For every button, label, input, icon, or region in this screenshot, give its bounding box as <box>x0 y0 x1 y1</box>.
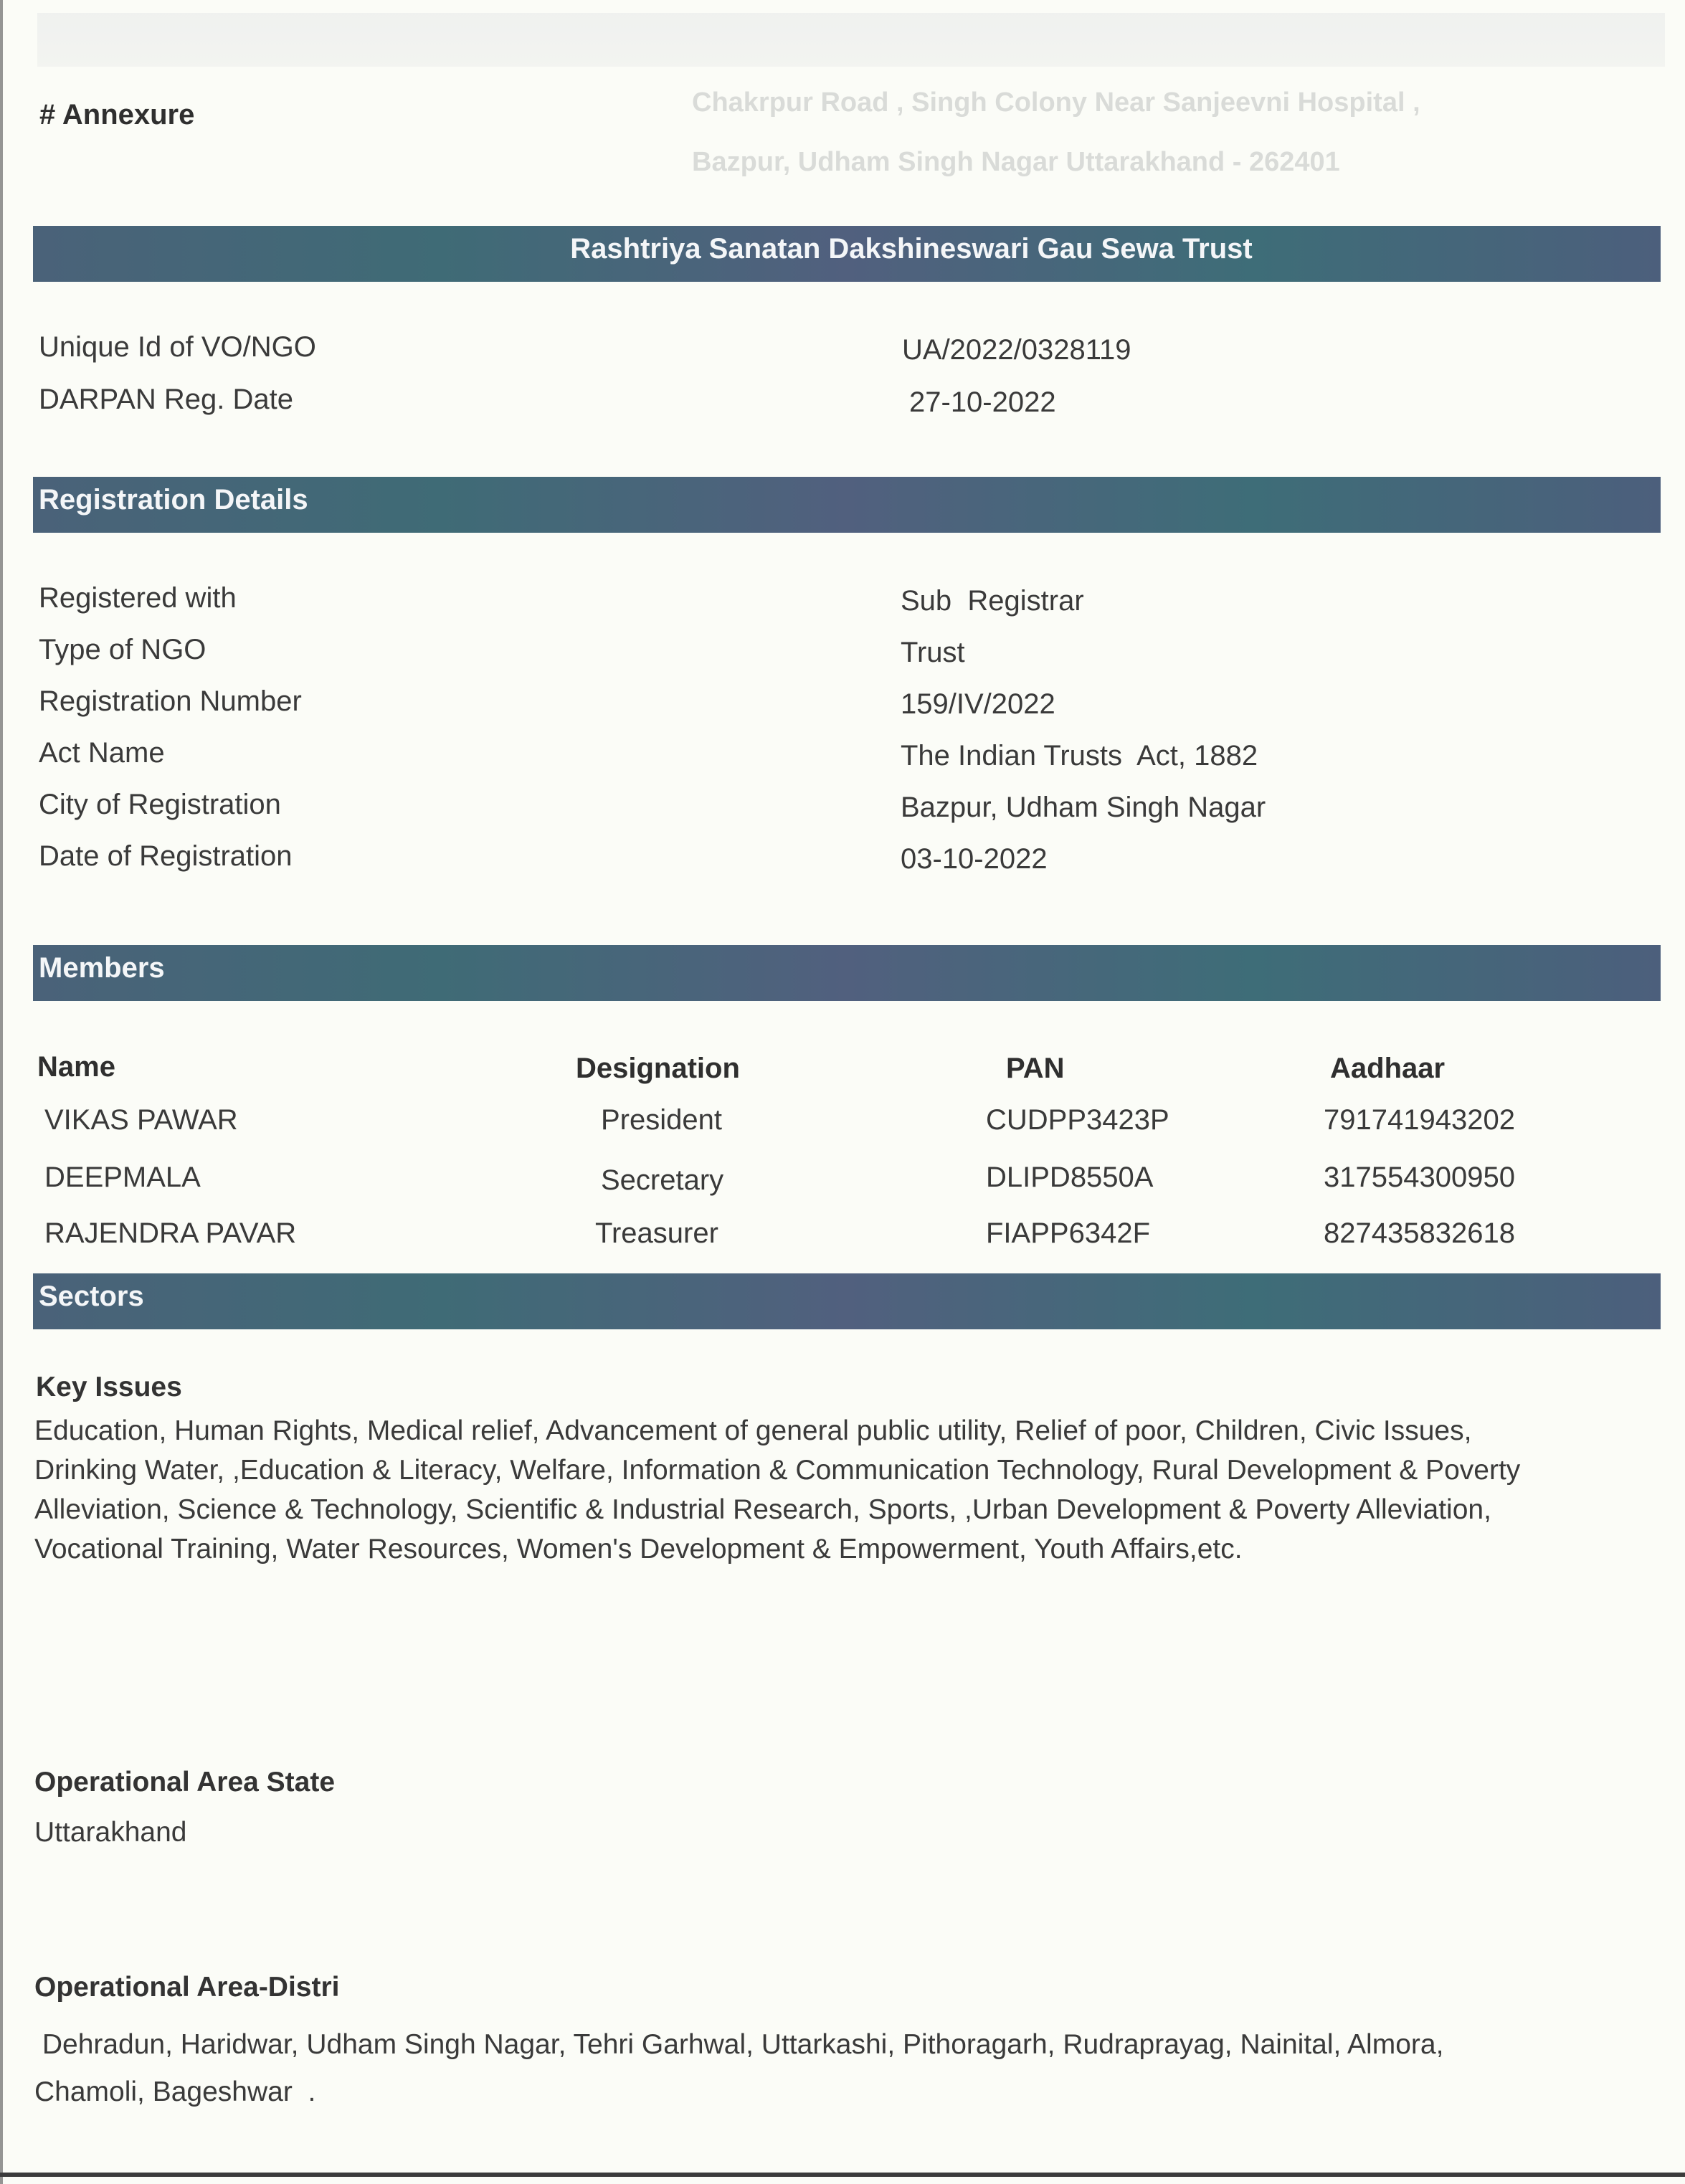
member-pan: DLIPD8550A <box>986 1162 1153 1194</box>
darpan-date-label: DARPAN Reg. Date <box>39 384 293 416</box>
operational-district-line: Chamoli, Bageshwar . <box>34 2076 315 2108</box>
registration-field-value: The Indian Trusts Act, 1882 <box>901 740 1258 772</box>
member-aadhaar: 317554300950 <box>1324 1162 1515 1194</box>
registration-field-label: Registered with <box>39 582 237 614</box>
column-header-designation: Designation <box>576 1053 740 1085</box>
column-header-pan: PAN <box>1006 1053 1064 1085</box>
registration-field-label: Act Name <box>39 737 165 769</box>
member-name: DEEPMALA <box>44 1162 201 1194</box>
darpan-date-value: 27-10-2022 <box>909 386 1056 419</box>
key-issues-line: Alleviation, Science & Technology, Scien… <box>34 1490 1669 1529</box>
member-designation: Treasurer <box>595 1217 718 1250</box>
operational-state-value: Uttarakhand <box>34 1817 186 1848</box>
scan-bottom-edge <box>0 2173 1685 2177</box>
column-header-aadhaar: Aadhaar <box>1330 1053 1445 1085</box>
registration-details-bar: Registration Details <box>33 477 1661 533</box>
member-designation: Secretary <box>601 1164 723 1197</box>
member-name: RAJENDRA PAVAR <box>44 1217 296 1250</box>
operational-state-label: Operational Area State <box>34 1767 335 1798</box>
scan-top-band <box>37 13 1665 67</box>
members-heading: Members <box>39 952 165 984</box>
sectors-bar: Sectors <box>33 1273 1661 1329</box>
registration-field-label: Registration Number <box>39 685 302 718</box>
key-issues-text: Education, Human Rights, Medical relief,… <box>34 1411 1669 1569</box>
registration-field-value: Sub Registrar <box>901 585 1084 617</box>
member-designation: President <box>601 1104 722 1136</box>
scan-left-edge <box>0 0 3 2184</box>
registration-field-label: Date of Registration <box>39 840 293 873</box>
org-title-bar: Rashtriya Sanatan Dakshineswari Gau Sewa… <box>33 226 1661 282</box>
member-aadhaar: 827435832618 <box>1324 1217 1515 1250</box>
member-pan: CUDPP3423P <box>986 1104 1169 1136</box>
key-issues-line: Vocational Training, Water Resources, Wo… <box>34 1529 1669 1569</box>
member-pan: FIAPP6342F <box>986 1217 1150 1250</box>
org-name: Rashtriya Sanatan Dakshineswari Gau Sewa… <box>33 233 1661 265</box>
key-issues-line: Education, Human Rights, Medical relief,… <box>34 1411 1669 1451</box>
operational-district-line: Dehradun, Haridwar, Udham Singh Nagar, T… <box>34 2029 1443 2061</box>
bleed-through-line: Bazpur, Udham Singh Nagar Uttarakhand - … <box>692 147 1340 178</box>
registration-field-label: City of Registration <box>39 789 281 821</box>
operational-district-label: Operational Area-Distri <box>34 1972 340 2003</box>
bleed-through-line: Chakrpur Road , Singh Colony Near Sanjee… <box>692 87 1420 118</box>
member-name: VIKAS PAWAR <box>44 1104 238 1136</box>
unique-id-value: UA/2022/0328119 <box>902 334 1131 366</box>
registration-field-value: Bazpur, Udham Singh Nagar <box>901 792 1266 824</box>
column-header-name: Name <box>37 1051 115 1083</box>
sectors-heading: Sectors <box>39 1281 144 1313</box>
members-bar: Members <box>33 945 1661 1001</box>
registration-field-value: 03-10-2022 <box>901 843 1048 875</box>
key-issues-line: Drinking Water, ,Education & Literacy, W… <box>34 1451 1669 1490</box>
registration-details-heading: Registration Details <box>39 484 308 516</box>
registration-field-value: Trust <box>901 637 965 669</box>
member-aadhaar: 791741943202 <box>1324 1104 1515 1136</box>
unique-id-label: Unique Id of VO/NGO <box>39 331 316 364</box>
registration-field-label: Type of NGO <box>39 634 206 666</box>
registration-field-value: 159/IV/2022 <box>901 688 1055 721</box>
key-issues-label: Key Issues <box>36 1372 182 1403</box>
annexure-label: # Annexure <box>39 99 194 131</box>
